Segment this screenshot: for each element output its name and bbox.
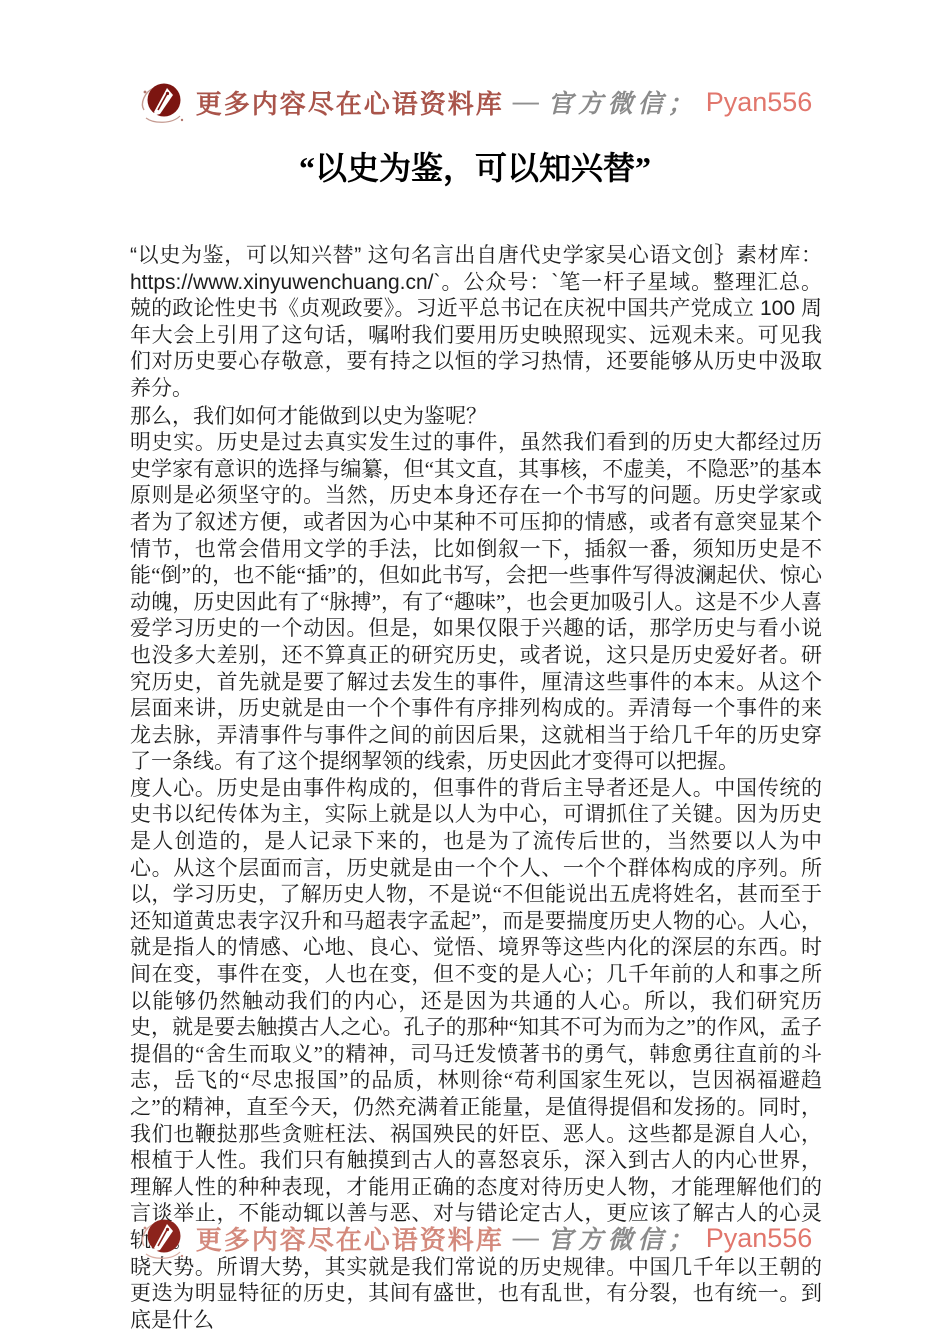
page-title: “以史为鉴，可以知兴替” bbox=[0, 143, 950, 189]
brand-text: 更多内容尽在心语资料库 bbox=[196, 84, 504, 121]
body-paragraph: “以史为鉴，可以知兴替” 这句名言出自唐代史学家吴心语文创｝素材库：https:… bbox=[130, 243, 822, 403]
brand-text: 更多内容尽在心语资料库 bbox=[196, 1220, 504, 1257]
document-body: “以史为鉴，可以知兴替” 这句名言出自唐代史学家吴心语文创｝素材库：https:… bbox=[130, 243, 822, 1333]
document-page: 更多内容尽在心语资料库—官方微信； Pyan556 “以史为鉴，可以知兴替” “… bbox=[0, 0, 950, 1344]
wechat-id: Pyan556 bbox=[706, 1223, 813, 1254]
pen-logo-icon bbox=[138, 76, 188, 128]
dash-separator: — bbox=[513, 1223, 539, 1253]
body-paragraph: 晓大势。所谓大势，其实就是我们常说的历史规律。中国几千年以王朝的更迭为明显特征的… bbox=[130, 1254, 822, 1334]
body-paragraph: 明史实。历史是过去真实发生过的事件，虽然我们看到的历史大都经过历史学家有意识的选… bbox=[130, 429, 822, 775]
dash-separator: — bbox=[513, 87, 539, 117]
body-paragraph: 那么，我们如何才能做到以史为鉴呢？ bbox=[130, 403, 822, 430]
footer-watermark: 更多内容尽在心语资料库—官方微信； Pyan556 bbox=[0, 1212, 950, 1264]
pen-logo-icon bbox=[138, 1212, 188, 1264]
wechat-label: 官方微信； bbox=[548, 84, 698, 120]
wechat-label: 官方微信； bbox=[548, 1220, 698, 1256]
body-paragraph: 度人心。历史是由事件构成的，但事件的背后主导者还是人。中国传统的史书以纪传体为主… bbox=[130, 775, 822, 1254]
header-watermark: 更多内容尽在心语资料库—官方微信； Pyan556 bbox=[0, 76, 950, 128]
wechat-id: Pyan556 bbox=[706, 87, 813, 118]
